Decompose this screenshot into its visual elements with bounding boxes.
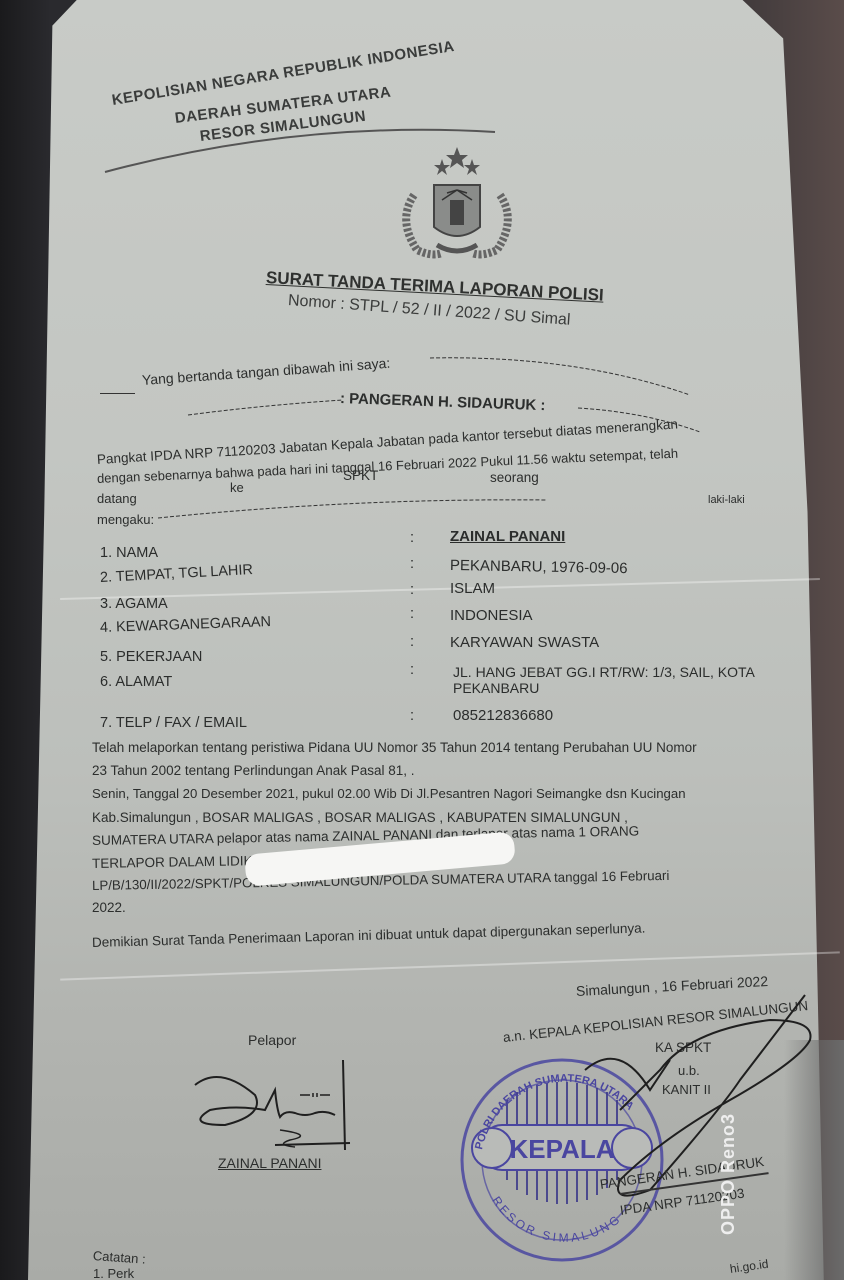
dash-line [100,393,135,394]
report-line: 2022. [92,900,126,915]
identity-value-birth: PEKANBARU, 1976-09-06 [450,557,628,577]
identity-label-address: 6. ALAMAT [100,674,172,690]
colon: : [410,582,414,598]
report-line: Telah melaporkan tentang peristiwa Pidan… [92,740,697,755]
word-spkt: SPKT [343,468,378,483]
identity-label-occupation: 5. PEKERJAAN [100,649,202,665]
police-emblem-icon [392,145,522,260]
word-datang: datang [97,491,137,506]
colon: : [410,634,414,650]
colon: : [410,708,414,724]
identity-value-name: ZAINAL PANANI [450,528,565,545]
identity-value-address: JL. HANG JEBAT GG.I RT/RW: 1/3, SAIL, KO… [453,664,755,680]
word-mengaku: mengaku: [97,512,154,527]
dash-line [155,490,550,525]
reporter-signature [185,1055,355,1165]
report-line: Senin, Tanggal 20 Desember 2021, pukul 0… [92,786,686,801]
identity-label-name: 1. NAMA [100,545,158,561]
identity-value-citizenship: INDONESIA [450,607,533,624]
colon: : [410,556,414,572]
notes-item-1: 1. Perk [93,1266,134,1280]
report-line: 23 Tahun 2002 tentang Perlindungan Anak … [92,763,415,778]
identity-label-contact: 7. TELP / FAX / EMAIL [100,715,247,731]
identity-value-occupation: KARYAWAN SWASTA [450,634,599,651]
word-seorang: seorang [490,470,539,485]
identity-value-address-2: PEKANBARU [453,680,539,696]
colon: : [410,530,414,546]
camera-watermark: OPPO Reno3 [718,1113,739,1235]
identity-label-religion: 3. AGAMA [100,596,168,612]
dash-line [185,395,345,420]
identity-value-religion: ISLAM [450,580,495,597]
word-laki-laki: laki-laki [708,494,745,506]
colon: : [410,662,414,678]
reporter-role: Pelapor [248,1032,296,1048]
colon: : [410,606,414,622]
report-line: Kab.Simalungun , BOSAR MALIGAS , BOSAR M… [92,810,628,825]
reporter-name: ZAINAL PANANI [218,1155,321,1171]
identity-value-contact: 085212836680 [453,707,553,724]
